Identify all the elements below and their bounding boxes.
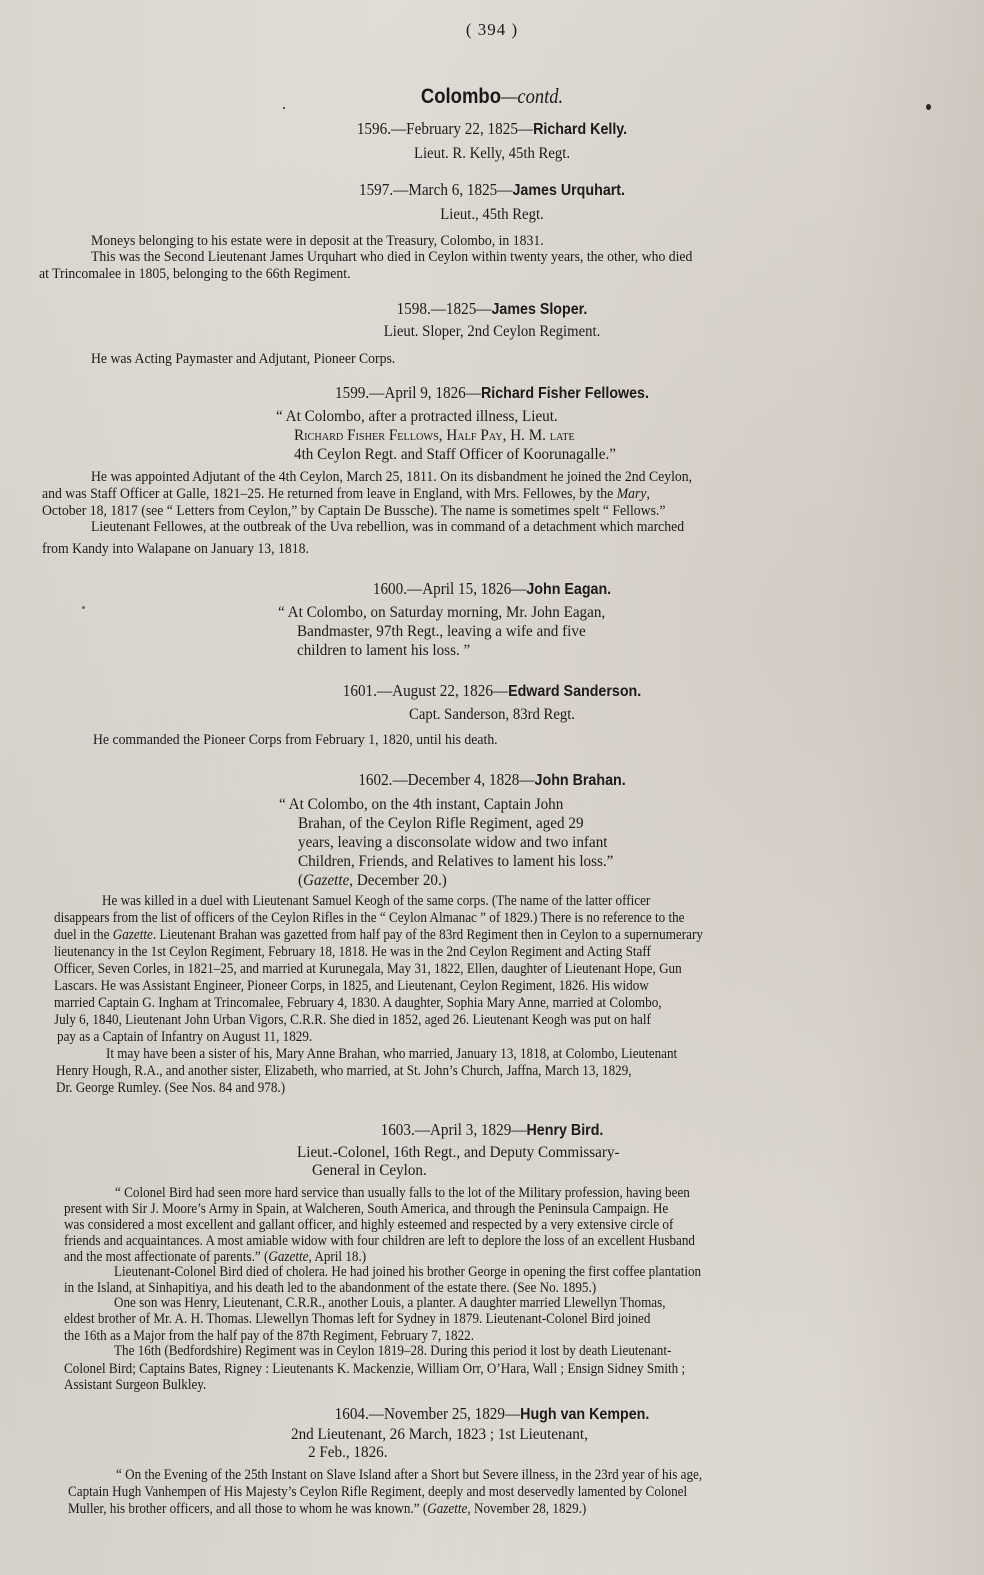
entry-1602-heading: 1602.—December 4, 1828—John Brahan. bbox=[39, 770, 944, 790]
entry-name: Richard Kelly. bbox=[533, 121, 627, 138]
entry-1603-line: friends and acquaintances. A most amiabl… bbox=[64, 1233, 695, 1250]
entry-1602-quote: Brahan, of the Ceylon Rifle Regiment, ag… bbox=[298, 813, 584, 833]
entry-1602-line: duel in the Gazette. Lieutenant Brahan w… bbox=[54, 927, 703, 944]
page-number: ( 394 ) bbox=[0, 20, 984, 40]
entry-1604-line: Captain Hugh Vanhempen of His Majesty’s … bbox=[68, 1484, 687, 1501]
entry-1597-line: This was the Second Lieutenant James Urq… bbox=[91, 248, 692, 266]
entry-1603-line: present with Sir J. Moore’s Army in Spai… bbox=[64, 1201, 668, 1218]
entry-name: Richard Fisher Fellowes. bbox=[481, 385, 649, 402]
entry-1596-subtitle: Lieut. R. Kelly, 45th Regt. bbox=[39, 145, 944, 163]
paper-speck bbox=[82, 606, 85, 609]
entry-1603-line: “ Colonel Bird had seen more hard servic… bbox=[115, 1185, 690, 1202]
entry-1600-heading: 1600.—April 15, 1826—John Eagan. bbox=[39, 579, 944, 599]
entry-1602-quote: “ At Colombo, on the 4th instant, Captai… bbox=[279, 794, 563, 814]
entry-1599-line: and was Staff Officer at Galle, 1821–25.… bbox=[42, 485, 650, 503]
entry-1597-heading: 1597.—March 6, 1825—James Urquhart. bbox=[39, 180, 944, 200]
entry-1604-subtitle: 2nd Lieutenant, 26 March, 1823 ; 1st Lie… bbox=[291, 1424, 588, 1444]
entry-date: 1603.—April 3, 1829— bbox=[381, 1120, 527, 1139]
entry-1603-line: Colonel Bird; Captains Bates, Rigney : L… bbox=[64, 1361, 685, 1378]
entry-1602-line: pay as a Captain of Infantry on August 1… bbox=[57, 1029, 312, 1046]
entry-1600-quote: children to lament his loss. ” bbox=[297, 640, 470, 660]
entry-1600-quote: Bandmaster, 97th Regt., leaving a wife a… bbox=[297, 621, 586, 641]
entry-1599-line: He was appointed Adjutant of the 4th Cey… bbox=[91, 468, 692, 486]
entry-date: 1598.—1825— bbox=[397, 299, 492, 318]
entry-date: 1604.—November 25, 1829— bbox=[335, 1404, 521, 1423]
paper-speck bbox=[283, 107, 285, 109]
entry-1603-line: was considered a most excellent and gall… bbox=[64, 1217, 673, 1234]
entry-date: 1602.—December 4, 1828— bbox=[358, 770, 534, 789]
entry-1603-subtitle: Lieut.-Colonel, 16th Regt., and Deputy C… bbox=[297, 1142, 620, 1162]
entry-1602-line: July 6, 1840, Lieutenant John Urban Vigo… bbox=[54, 1012, 651, 1029]
entry-1602-line: married Captain G. Ingham at Trincomalee… bbox=[54, 995, 662, 1012]
entry-name: James Sloper. bbox=[491, 301, 587, 318]
entry-1598-line: He was Acting Paymaster and Adjutant, Pi… bbox=[91, 350, 395, 368]
entry-1601-subtitle: Capt. Sanderson, 83rd Regt. bbox=[39, 706, 944, 724]
entry-name: Henry Bird. bbox=[527, 1122, 604, 1139]
paper-speck bbox=[926, 104, 931, 110]
entry-1604-heading: 1604.—November 25, 1829—Hugh van Kempen. bbox=[39, 1404, 944, 1424]
entry-1602-quote: years, leaving a disconsolate widow and … bbox=[298, 832, 607, 852]
entry-name: John Brahan. bbox=[535, 772, 626, 789]
book-page: ( 394 ) Colombo—contd. 1596.—February 22… bbox=[0, 0, 984, 1575]
entry-1603-heading: 1603.—April 3, 1829—Henry Bird. bbox=[39, 1120, 944, 1140]
entry-1598-heading: 1598.—1825—James Sloper. bbox=[39, 299, 944, 319]
entry-1603-subtitle: General in Ceylon. bbox=[312, 1160, 427, 1180]
section-name: Colombo bbox=[421, 85, 501, 108]
entry-name: John Eagan. bbox=[526, 581, 611, 598]
entry-1601-line: He commanded the Pioneer Corps from Febr… bbox=[93, 731, 498, 749]
entry-1599-quote: “ At Colombo, after a protracted illness… bbox=[276, 406, 558, 426]
entry-date: 1597.—March 6, 1825— bbox=[359, 180, 512, 199]
entry-1601-heading: 1601.—August 22, 1826—Edward Sanderson. bbox=[39, 681, 944, 701]
entry-1599-quote: Richard Fisher Fellows, Half Pay, H. M. … bbox=[294, 425, 575, 445]
entry-1602-line: He was killed in a duel with Lieutenant … bbox=[102, 893, 650, 910]
entry-1602-line: lieutenancy in the 1st Ceylon Regiment, … bbox=[54, 944, 651, 961]
entry-1602-citation: (Gazette, December 20.) bbox=[298, 870, 447, 890]
entry-1602-line: Dr. George Rumley. (See Nos. 84 and 978.… bbox=[56, 1080, 285, 1097]
entry-1599-line: from Kandy into Walapane on January 13, … bbox=[42, 540, 309, 558]
entry-1597-line: at Trincomalee in 1805, belonging to the… bbox=[39, 265, 351, 283]
entry-date: 1601.—August 22, 1826— bbox=[343, 681, 508, 700]
entry-name: Hugh van Kempen. bbox=[520, 1406, 649, 1423]
entry-name: Edward Sanderson. bbox=[508, 683, 641, 700]
entry-1604-subtitle: 2 Feb., 1826. bbox=[308, 1442, 388, 1462]
entry-1603-line: One son was Henry, Lieutenant, C.R.R., a… bbox=[114, 1295, 666, 1312]
section-title: Colombo—contd. bbox=[59, 84, 925, 109]
entry-date: 1599.—April 9, 1826— bbox=[335, 383, 481, 402]
entry-1602-line: Lascars. He was Assistant Engineer, Pion… bbox=[54, 978, 649, 995]
entry-1604-line: Muller, his brother officers, and all th… bbox=[68, 1501, 586, 1518]
entry-1602-quote: Children, Friends, and Relatives to lame… bbox=[298, 851, 613, 871]
entry-1602-line: disappears from the list of officers of … bbox=[54, 910, 685, 927]
entry-date: 1600.—April 15, 1826— bbox=[373, 579, 526, 598]
entry-date: 1596.—February 22, 1825— bbox=[357, 119, 533, 138]
entry-1602-line: It may have been a sister of his, Mary A… bbox=[106, 1046, 677, 1063]
entry-1600-quote: “ At Colombo, on Saturday morning, Mr. J… bbox=[278, 602, 605, 622]
entry-1603-line: Lieutenant-Colonel Bird died of cholera.… bbox=[114, 1264, 701, 1281]
entry-1598-subtitle: Lieut. Sloper, 2nd Ceylon Regiment. bbox=[39, 323, 944, 341]
entry-1603-line: The 16th (Bedfordshire) Regiment was in … bbox=[114, 1343, 671, 1360]
entry-1597-subtitle: Lieut., 45th Regt. bbox=[39, 206, 944, 224]
entry-1599-line: Lieutenant Fellowes, at the outbreak of … bbox=[91, 518, 684, 536]
entry-name: James Urquhart. bbox=[512, 182, 625, 199]
entry-1602-line: Officer, Seven Corles, in 1821–25, and m… bbox=[54, 961, 682, 978]
entry-1599-heading: 1599.—April 9, 1826—Richard Fisher Fello… bbox=[39, 383, 944, 403]
entry-1596-heading: 1596.—February 22, 1825—Richard Kelly. bbox=[39, 119, 944, 139]
entry-1603-line: Assistant Surgeon Bulkley. bbox=[64, 1377, 206, 1394]
entry-1599-quote: 4th Ceylon Regt. and Staff Officer of Ko… bbox=[294, 444, 616, 464]
entry-1604-line: “ On the Evening of the 25th Instant on … bbox=[116, 1467, 702, 1484]
section-contd: —contd. bbox=[501, 84, 563, 108]
entry-1603-line: eldest brother of Mr. A. H. Thomas. Llew… bbox=[64, 1311, 650, 1328]
entry-1602-line: Henry Hough, R.A., and another sister, E… bbox=[56, 1063, 632, 1080]
